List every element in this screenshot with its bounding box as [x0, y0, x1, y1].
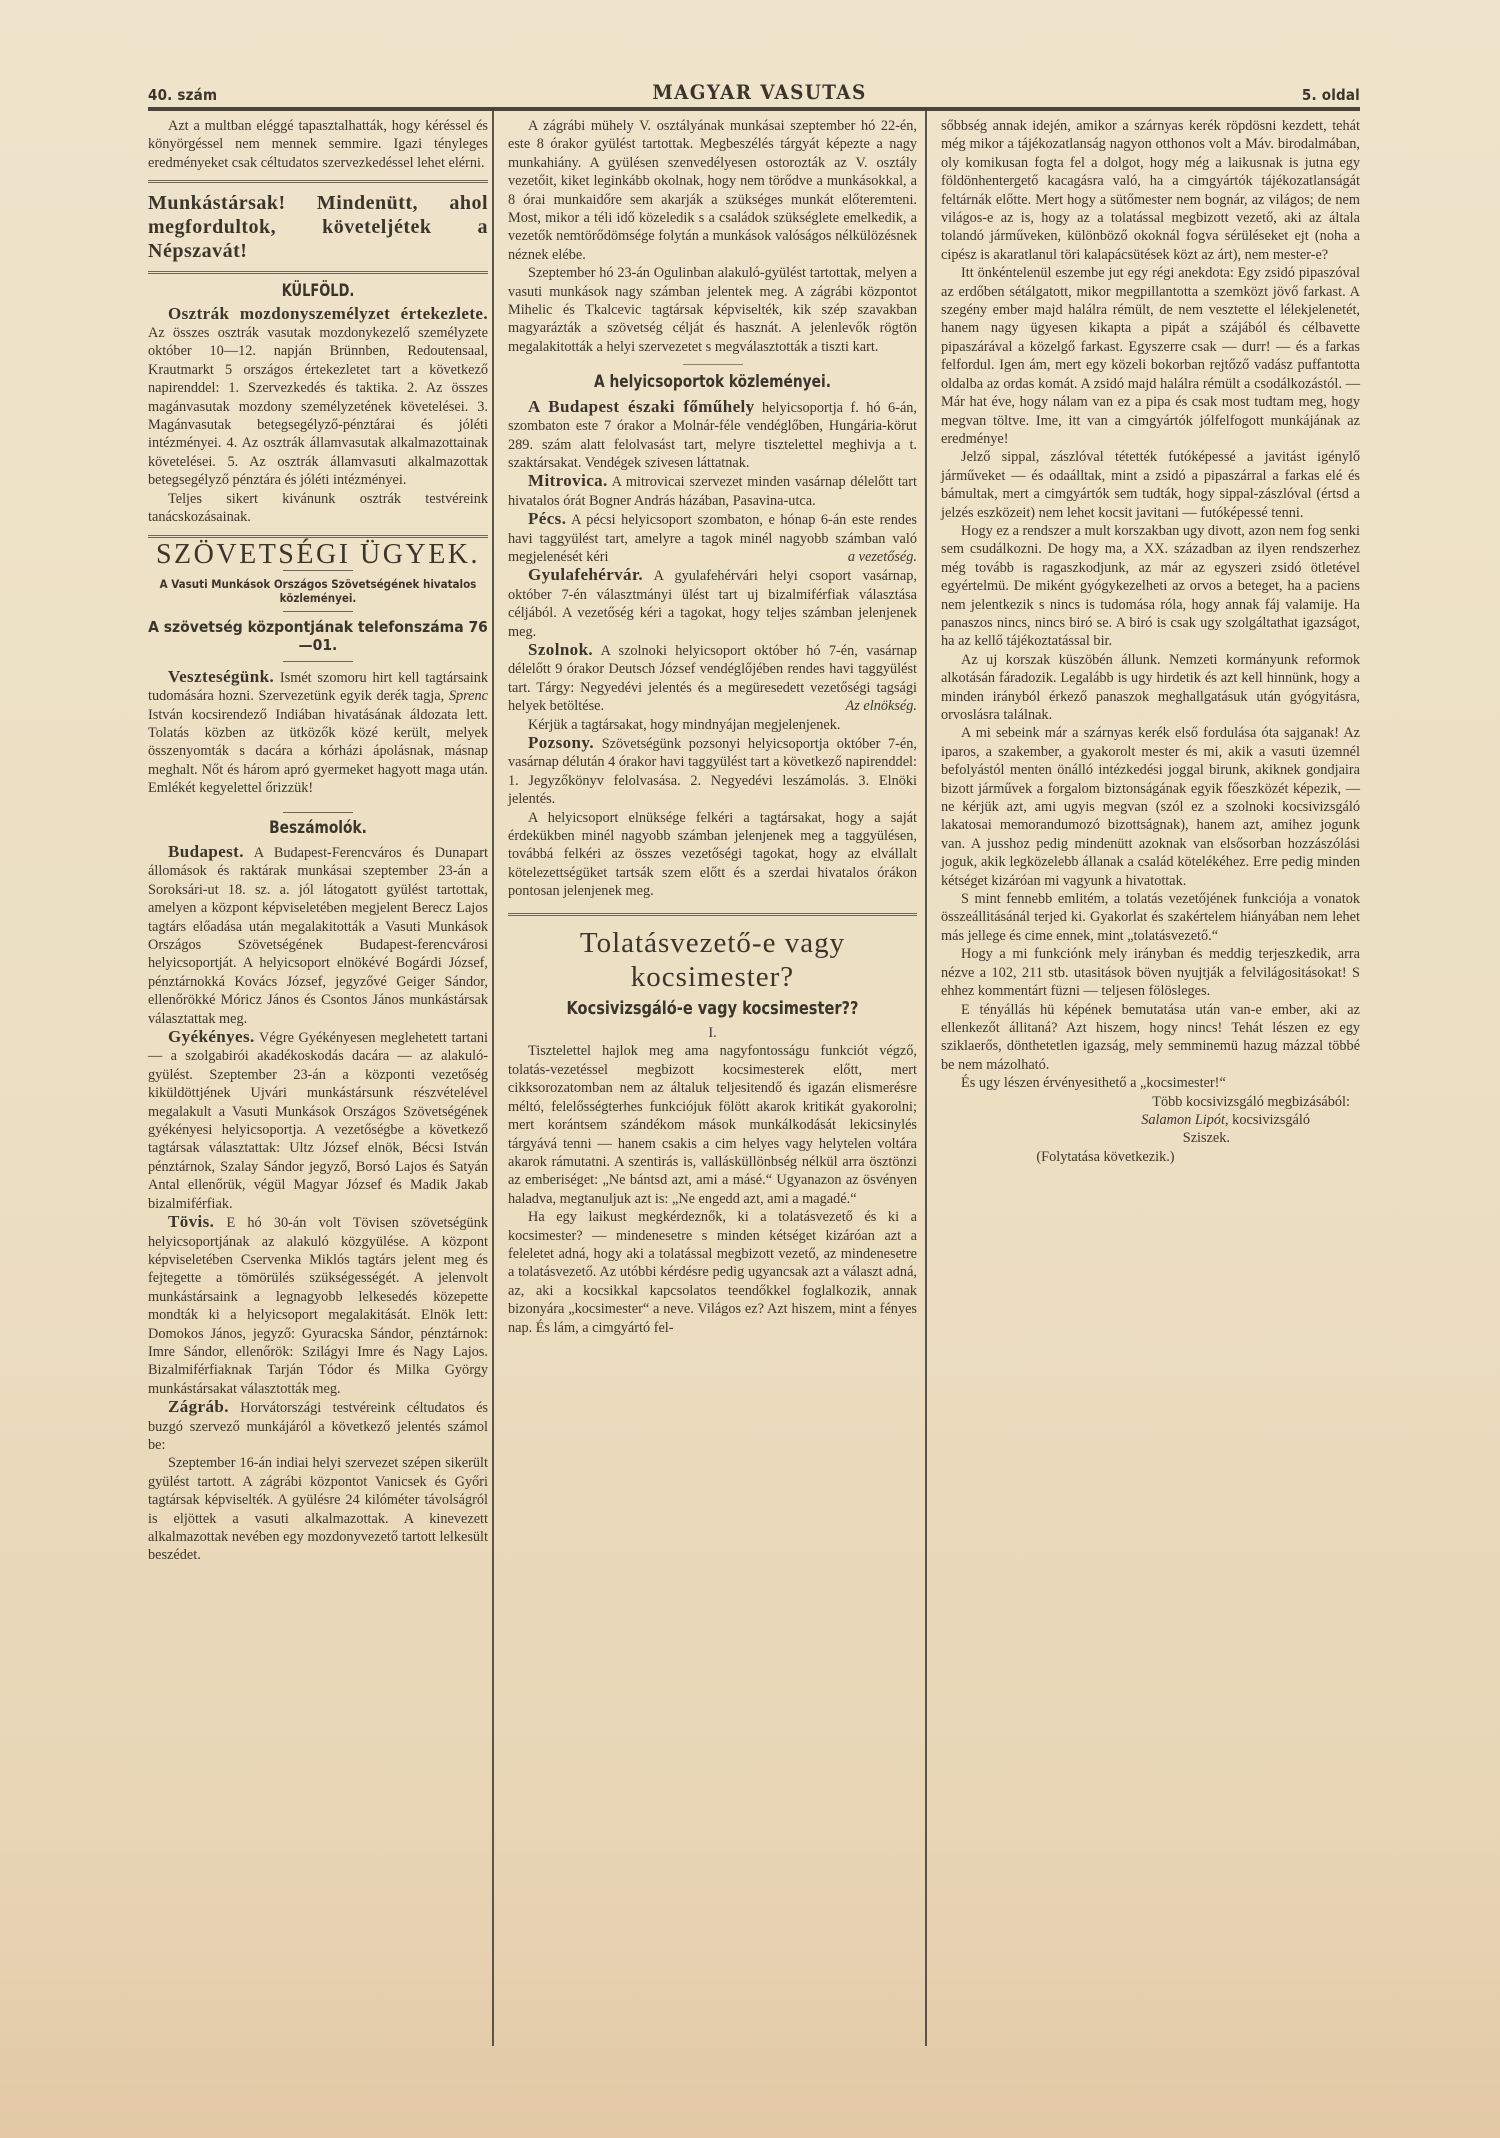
newspaper-title: MAGYAR VASUTAS — [652, 80, 866, 104]
nepszava-appeal: Munkástársak! Mindenütt, ahol megfordult… — [148, 191, 488, 263]
article-lead: Mitrovica. — [528, 471, 608, 490]
article-lead: Budapest. — [168, 842, 244, 861]
article-text: Hogy a mi funkciónk mely irányban és med… — [941, 945, 1360, 1000]
phone-number-heading: A szövetség központjának telefonszáma 76… — [148, 618, 488, 655]
short-rule — [683, 364, 743, 365]
masthead: 40. szám MAGYAR VASUTAS 5. oldal — [148, 78, 1360, 104]
article-text: A helyicsoport elnüksége felkéri a tagtá… — [508, 809, 917, 901]
article-text: sőbbség annak idején, amikor a szárnyas … — [941, 117, 1360, 264]
article-text: Tisztelettel hajlok meg ama nagyfontossá… — [508, 1042, 917, 1208]
article-lead: Veszteségünk. — [168, 667, 274, 686]
person-name: Sprenc — [449, 688, 488, 704]
article-text: A mi sebeink már a szárnyas kerék első f… — [941, 724, 1360, 890]
columns: Azt a multban eléggé tapasztalhatták, ho… — [148, 111, 1360, 2046]
signature-line: Több kocsivizsgáló megbizásából: — [941, 1093, 1360, 1111]
article-text: Szeptember hó 23-án Ogulinban alakuló-gy… — [508, 264, 917, 356]
article-text: Az összes osztrák vasutak mozdonykezelő … — [148, 325, 488, 488]
article-text: Végre Gyékényesen meglehetett tartani — … — [148, 1030, 488, 1212]
article-title: Tolatásvezető-e vagy kocsimester? — [508, 926, 917, 994]
article-text: Ha egy laikust megkérdeznők, ki a tolatá… — [508, 1208, 917, 1337]
article-text: Jelző sippal, zászlóval tétették futókép… — [941, 448, 1360, 522]
article-text: A Budapest-Ferencváros és Dunapart állom… — [148, 845, 488, 1027]
divider — [148, 535, 488, 538]
article-text: István kocsirendező Indiában hivatásának… — [148, 707, 488, 797]
official-notices-subheading: A Vasuti Munkások Országos Szövetségének… — [148, 577, 488, 605]
article-part-number: I. — [508, 1024, 917, 1042]
section-heading-beszamolok: Beszámolók. — [165, 819, 471, 837]
short-rule — [283, 611, 353, 612]
newspaper-page: 40. szám MAGYAR VASUTAS 5. oldal Azt a m… — [148, 78, 1360, 2046]
article-lead: Zágráb. — [168, 1397, 229, 1416]
article-text: Hogy ez a rendszer a mult korszakban ugy… — [941, 522, 1360, 651]
column-1: Azt a multban eléggé tapasztalhatták, ho… — [148, 111, 492, 2046]
article-closing: Teljes sikert kivánunk osztrák testvérei… — [148, 490, 488, 527]
article-subtitle: Kocsivizsgáló-e vagy kocsimester?? — [528, 1000, 896, 1018]
notice-signature: Az elnökség. — [826, 697, 917, 715]
divider — [148, 180, 488, 183]
short-rule — [283, 570, 353, 571]
article-text: Szeptember 16-án indiai helyi szervezet … — [148, 1454, 488, 1564]
article-lead: Gyékényes. — [168, 1027, 255, 1046]
page-number: 5. oldal — [1302, 86, 1360, 104]
section-heading-szovetsegi: SZÖVETSÉGI ÜGYEK. — [148, 546, 488, 564]
column-2: A zágrábi mühely V. osztályának munkásai… — [492, 111, 925, 2046]
short-rule — [283, 812, 353, 813]
article-lead: Tövis. — [168, 1212, 214, 1231]
article-text: E hó 30-án volt Tövisen szövetségünk hel… — [148, 1215, 488, 1397]
signature-role: kocsivizsgáló — [1232, 1112, 1310, 1128]
signature-name: Salamon Lipót, — [1141, 1112, 1228, 1128]
section-heading-helyicsoportok: A helyicsoportok közleményei. — [528, 373, 896, 391]
section-heading-kulfold: KÜLFÖLD. — [174, 282, 463, 300]
article-text: A zágrábi mühely V. osztályának munkásai… — [508, 117, 917, 264]
intro-paragraph: Azt a multban eléggé tapasztalhatták, ho… — [148, 117, 488, 172]
article-text: S mint fennebb emlitém, a tolatás vezető… — [941, 890, 1360, 945]
article-text: E tényállás hü képének bemutatása után v… — [941, 1001, 1360, 1075]
article-lead: Osztrák mozdonyszemélyzet értekezlete. — [168, 304, 488, 323]
notice-signature: a vezetőség. — [828, 548, 917, 566]
article-lead: Pozsony. — [528, 733, 594, 752]
short-rule — [283, 661, 353, 662]
article-text: Kérjük a tagtársakat, hogy mindnyájan me… — [508, 716, 917, 734]
article-lead: Szolnok. — [528, 640, 593, 659]
continued-note: (Folytatása következik.) — [941, 1148, 1360, 1166]
article-text: Itt önkéntelenül eszembe jut egy régi an… — [941, 264, 1360, 448]
article-lead: Gyulafehérvár. — [528, 565, 643, 584]
article-text: És ugy lészen érvényesithető a „kocsimes… — [941, 1074, 1360, 1092]
divider — [148, 271, 488, 274]
article-text: Az uj korszak küszöbén állunk. Nemzeti k… — [941, 651, 1360, 725]
issue-number: 40. szám — [148, 86, 217, 104]
divider — [508, 913, 917, 916]
article-lead: Pécs. — [528, 509, 566, 528]
column-3: sőbbség annak idején, amikor a szárnyas … — [925, 111, 1360, 2046]
article-lead: A Budapest északi főműhely — [528, 397, 755, 416]
signature-place: Sziszek. — [941, 1129, 1360, 1147]
